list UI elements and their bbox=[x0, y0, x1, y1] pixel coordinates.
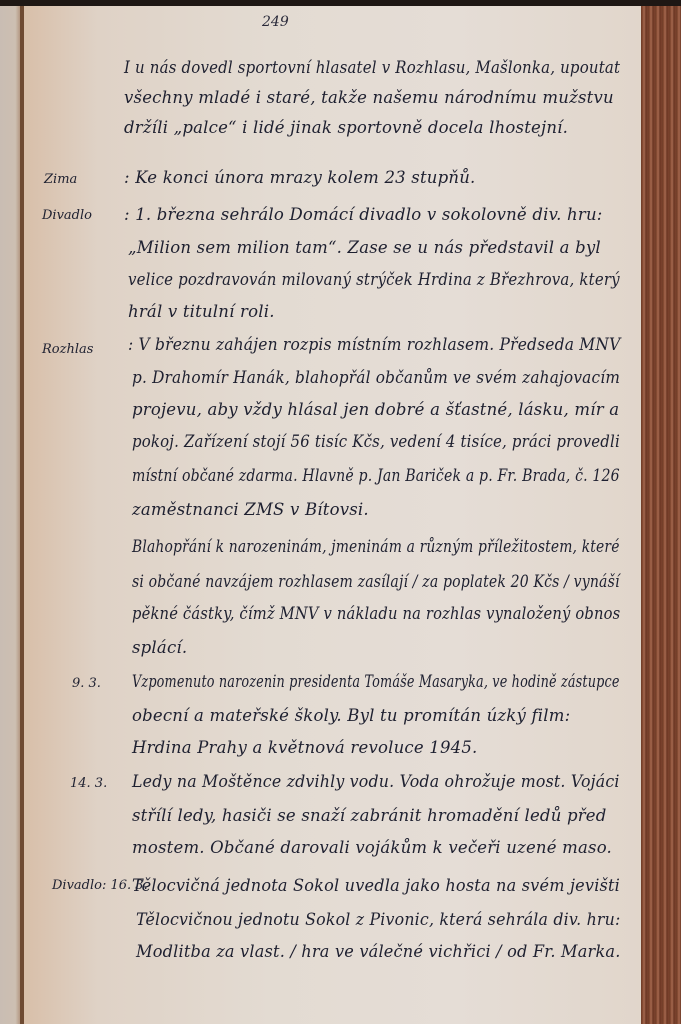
margin-label: Divadlo: 16. 3. bbox=[52, 878, 148, 893]
handwritten-line: I u nás dovedl sportovní hlasatel v Rozh… bbox=[124, 58, 620, 77]
margin-label: Rozhlas bbox=[42, 342, 93, 357]
handwritten-line: držíli „palce“ i lidé jinak sportovně do… bbox=[124, 118, 568, 137]
handwritten-line: : 1. března sehrálo Domácí divadlo v sok… bbox=[124, 205, 603, 224]
handwritten-line: pěkné částky, čímž MNV v nákladu na rozh… bbox=[132, 604, 620, 623]
margin-label: 9. 3. bbox=[72, 676, 101, 691]
handwritten-line: Vzpomenuto narozenin presidenta Tomáše M… bbox=[132, 672, 620, 691]
handwritten-line: Hrdina Prahy a květnová revoluce 1945. bbox=[132, 738, 478, 757]
handwritten-line: splácí. bbox=[132, 638, 187, 657]
handwritten-line: místní občané zdarma. Hlavně p. Jan Bari… bbox=[132, 466, 620, 485]
stacked-page-edges bbox=[641, 6, 681, 1024]
handwritten-line: Tělocvičnou jednotu Sokol z Pivonic, kte… bbox=[136, 910, 621, 929]
page-number: 249 bbox=[262, 14, 289, 30]
handwritten-line: všechny mladé i staré, takže našemu náro… bbox=[124, 88, 614, 107]
handwritten-line: projevu, aby vždy hlásal jen dobré a šťa… bbox=[132, 400, 619, 419]
handwritten-line: střílí ledy, hasiči se snaží zabránit hr… bbox=[132, 806, 607, 825]
handwritten-line: Tělocvičná jednota Sokol uvedla jako hos… bbox=[132, 876, 620, 895]
handwritten-line: Blahopřání k narozeninám, jmeninám a růz… bbox=[132, 537, 620, 556]
handwritten-line: pokoj. Zařízení stojí 56 tisíc Kčs, vede… bbox=[132, 432, 620, 451]
handwritten-line: si občané navzájem rozhlasem zasílají / … bbox=[132, 572, 620, 591]
handwritten-line: Modlitba za vlast. / hra ve válečné vich… bbox=[136, 942, 621, 961]
handwritten-line: hrál v titulní roli. bbox=[128, 302, 275, 321]
handwritten-line: „Milion sem milion tam“. Zase se u nás p… bbox=[128, 238, 601, 257]
handwritten-line: velice pozdravován milovaný strýček Hrdi… bbox=[128, 270, 620, 289]
handwritten-line: Ledy na Moštěnce zdvihly vodu. Voda ohro… bbox=[132, 772, 620, 791]
margin-label: 14. 3. bbox=[70, 776, 107, 791]
left-page-edge bbox=[0, 6, 22, 1024]
margin-label: Divadlo bbox=[42, 208, 92, 223]
handwritten-line: : V březnu zahájen rozpis místním rozhla… bbox=[128, 335, 620, 354]
handwritten-line: p. Drahomír Hanák, blahopřál občanům ve … bbox=[132, 368, 620, 387]
handwritten-line: : Ke konci února mrazy kolem 23 stupňů. bbox=[124, 168, 476, 187]
margin-label: Zima bbox=[44, 172, 77, 187]
handwritten-line: zaměstnanci ZMS v Bítovsi. bbox=[132, 500, 369, 519]
handwritten-line: mostem. Občané darovali vojákům k večeři… bbox=[132, 838, 612, 857]
handwritten-line: obecní a mateřské školy. Byl tu promítán… bbox=[132, 706, 570, 725]
